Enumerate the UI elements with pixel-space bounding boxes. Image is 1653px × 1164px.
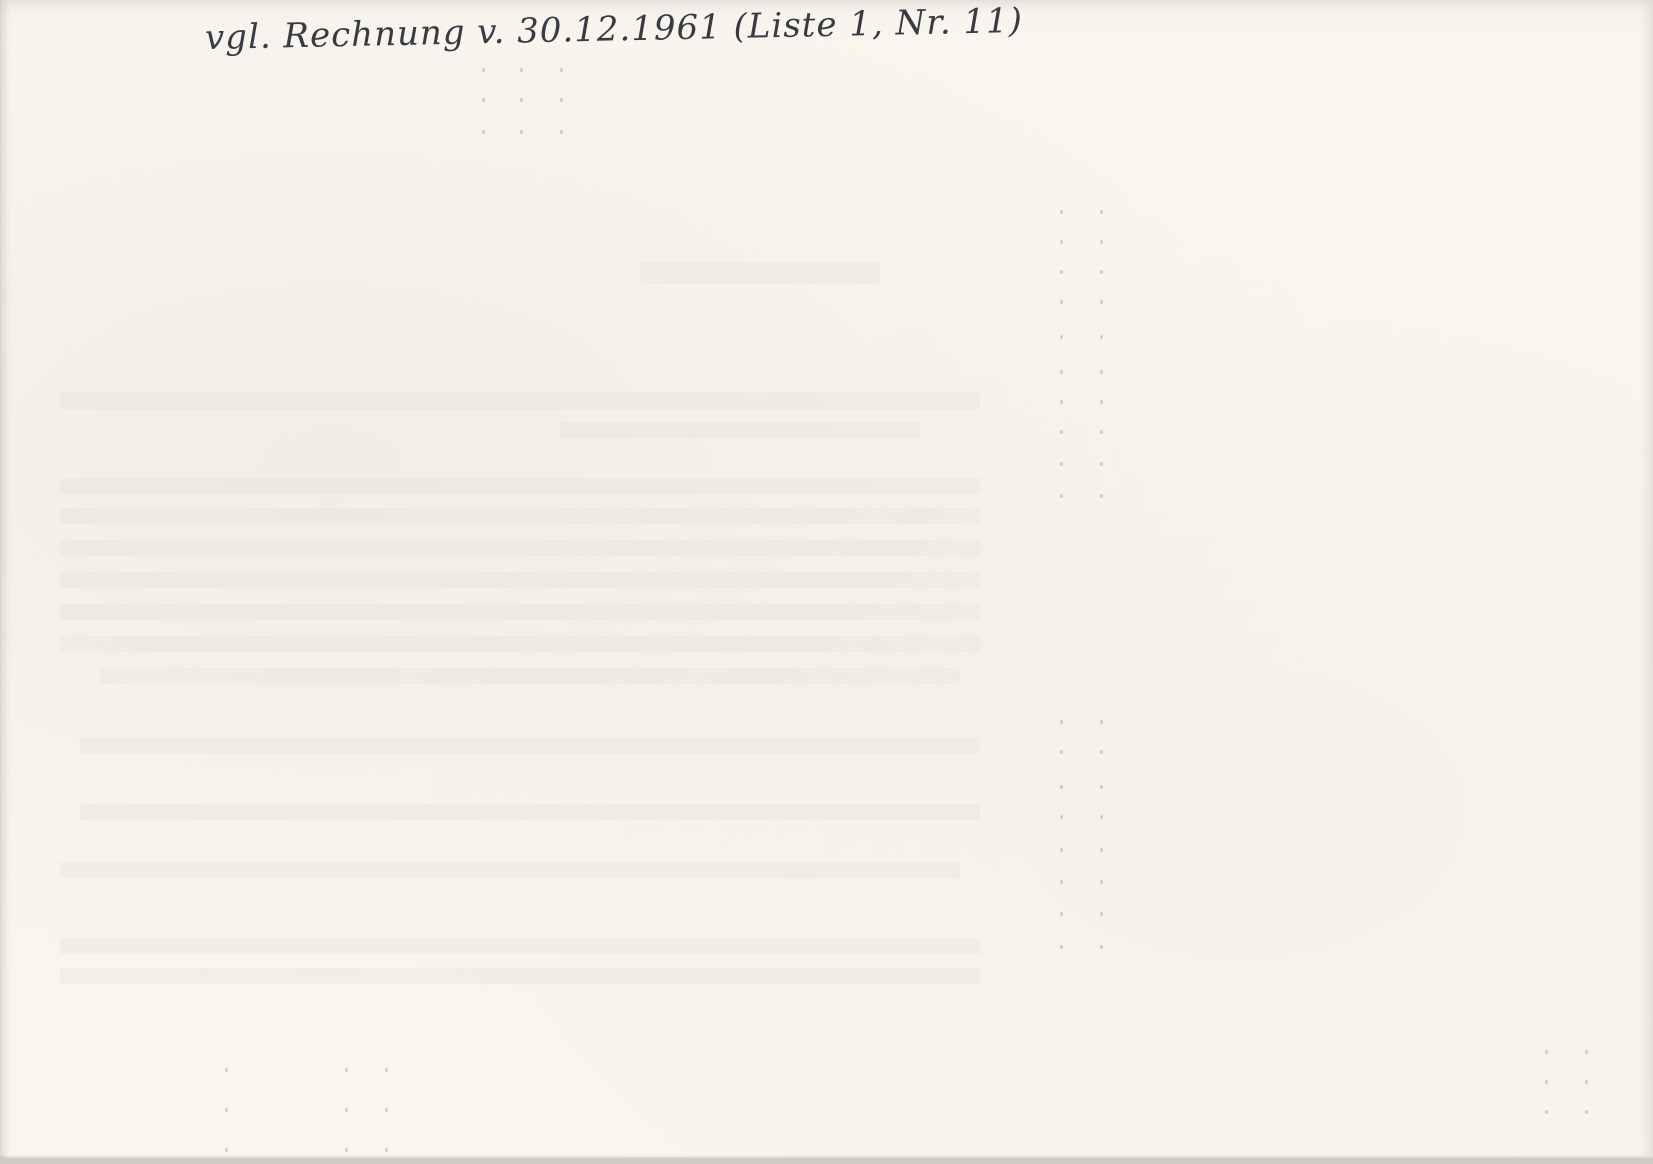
bleed-through-line: [80, 804, 980, 820]
bleed-through-line: [80, 738, 980, 754]
perforation-dot: [225, 1068, 228, 1072]
perforation-dot: [1545, 1050, 1548, 1054]
perforation-dot: [1060, 494, 1063, 498]
perforation-dot: [1100, 912, 1103, 916]
perforation-dot: [1100, 430, 1103, 434]
perforation-dot: [1060, 300, 1063, 304]
perforation-dot: [1060, 240, 1063, 244]
handwritten-annotation: vgl. Rechnung v. 30.12.1961 (Liste 1, Nr…: [205, 1, 1024, 58]
perforation-dot: [345, 1108, 348, 1112]
perforation-dot: [1060, 335, 1063, 339]
perforation-dot: [1060, 720, 1063, 724]
perforation-dot: [1060, 945, 1063, 949]
perforation-dot: [1585, 1050, 1588, 1054]
paper-right-edge: [1639, 0, 1653, 1160]
perforation-dot: [1100, 815, 1103, 819]
perforation-dot: [1100, 270, 1103, 274]
perforation-dot: [1585, 1110, 1588, 1114]
bleed-through-line: [60, 968, 980, 984]
bleed-through-line: [60, 636, 980, 652]
bleed-through-heading: [640, 262, 880, 284]
perforation-dot: [225, 1148, 228, 1152]
perforation-dot: [1585, 1080, 1588, 1084]
paper-bottom-edge: [0, 1158, 1653, 1164]
perforation-dot: [1100, 370, 1103, 374]
paper-sheet: vgl. Rechnung v. 30.12.1961 (Liste 1, Nr…: [0, 0, 1653, 1160]
perforation-dot: [385, 1148, 388, 1152]
perforation-dot: [482, 98, 485, 102]
perforation-dot: [1100, 240, 1103, 244]
perforation-dot: [1100, 300, 1103, 304]
bleed-through-line: [60, 862, 960, 878]
perforation-dot: [1060, 785, 1063, 789]
bleed-through-line: [60, 572, 980, 588]
perforation-dot: [1060, 750, 1063, 754]
perforation-dot: [1060, 430, 1063, 434]
perforation-dot: [1100, 400, 1103, 404]
perforation-dot: [1100, 785, 1103, 789]
perforation-dot: [1100, 720, 1103, 724]
bleed-through-line: [60, 540, 980, 556]
perforation-dot: [1100, 945, 1103, 949]
perforation-dot: [345, 1148, 348, 1152]
perforation-dot: [345, 1068, 348, 1072]
perforation-dot: [560, 98, 563, 102]
perforation-dot: [1060, 815, 1063, 819]
perforation-dot: [1100, 335, 1103, 339]
perforation-dot: [482, 68, 485, 72]
perforation-dot: [482, 130, 485, 134]
perforation-dot: [1060, 912, 1063, 916]
perforation-dot: [1060, 210, 1063, 214]
perforation-dot: [1060, 848, 1063, 852]
perforation-dot: [560, 130, 563, 134]
bleed-through-line: [60, 478, 980, 494]
perforation-dot: [1100, 462, 1103, 466]
perforation-dot: [1060, 462, 1063, 466]
perforation-dot: [520, 68, 523, 72]
bleed-through-line: [60, 938, 980, 954]
perforation-dot: [560, 68, 563, 72]
perforation-dot: [1545, 1110, 1548, 1114]
perforation-dot: [520, 98, 523, 102]
perforation-dot: [520, 130, 523, 134]
perforation-dot: [385, 1068, 388, 1072]
bleed-through-line: [60, 392, 980, 410]
perforation-dot: [1545, 1080, 1548, 1084]
perforation-dot: [1060, 270, 1063, 274]
bleed-through-line: [60, 508, 980, 524]
perforation-dot: [1060, 370, 1063, 374]
bleed-through-line: [60, 604, 980, 620]
perforation-dot: [1100, 750, 1103, 754]
bleed-through-line: [560, 422, 920, 438]
perforation-dot: [1100, 494, 1103, 498]
perforation-dot: [1100, 210, 1103, 214]
perforation-dot: [385, 1108, 388, 1112]
perforation-dot: [225, 1108, 228, 1112]
perforation-dot: [1060, 880, 1063, 884]
perforation-dot: [1100, 880, 1103, 884]
perforation-dot: [1100, 848, 1103, 852]
bleed-through-line: [100, 668, 960, 684]
perforation-dot: [1060, 400, 1063, 404]
